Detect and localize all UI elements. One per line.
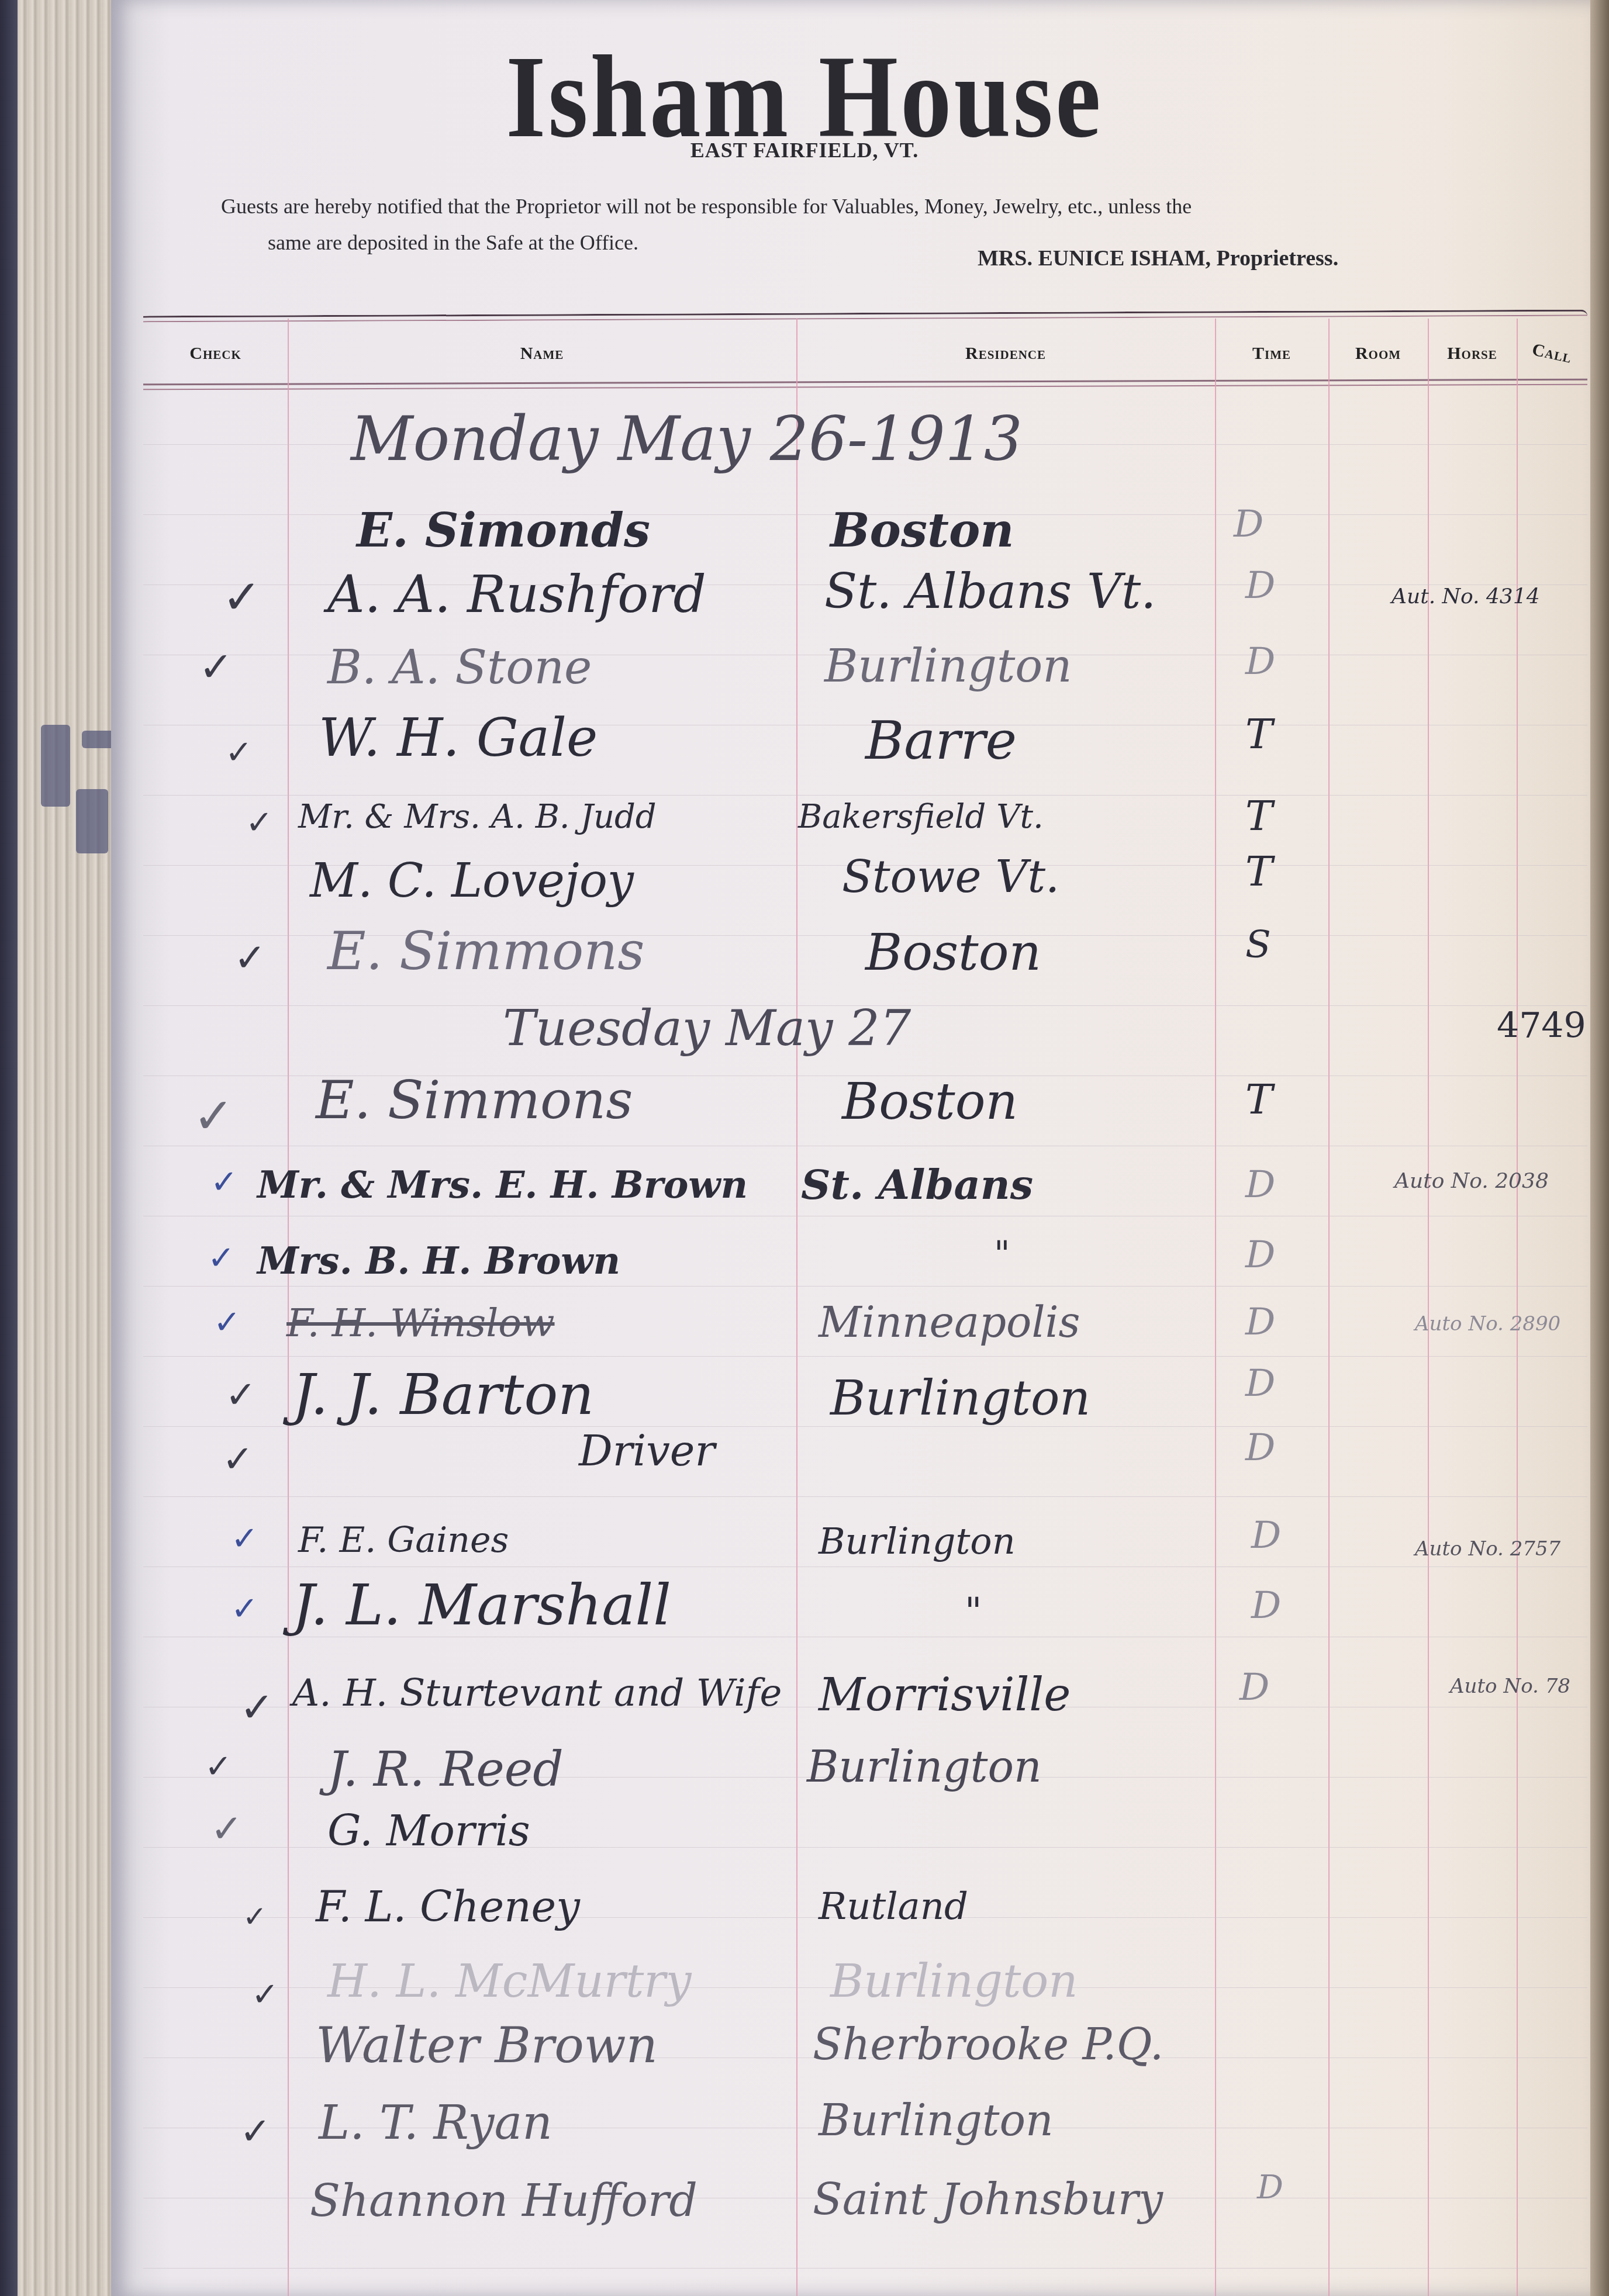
check-mark: ✓: [199, 643, 233, 691]
column-divider: [1428, 319, 1429, 2296]
guest-residence: Burlington: [819, 1520, 1016, 1562]
guest-name: L. T. Ryan: [319, 2096, 553, 2150]
guest-name: Walter Brown: [316, 2017, 658, 2074]
check-mark: ✓: [240, 2110, 271, 2153]
column-divider: [796, 319, 797, 2296]
guest-name: E. Simmons: [316, 1070, 633, 1131]
column-header-horse: Horse: [1428, 327, 1517, 380]
arrival-time: T: [1245, 792, 1273, 840]
guest-residence: Boston: [865, 924, 1041, 982]
arrival-time: D: [1234, 503, 1263, 546]
guest-name: F. L. Cheney: [316, 1882, 580, 1931]
guest-name: Mr. & Mrs. E. H. Brown: [257, 1163, 748, 1207]
arrival-time: T: [1245, 1076, 1273, 1123]
column-header-check: Check: [143, 327, 288, 380]
guest-name: J. J. Barton: [292, 1362, 594, 1427]
guest-residence: Minneapolis: [819, 1298, 1080, 1347]
auto-number: Auto No. 78: [1450, 1675, 1570, 1698]
check-mark: ✓: [213, 1303, 241, 1341]
guest-name: A. A. Rushford: [327, 564, 706, 624]
guest-residence: ": [994, 1233, 1010, 1274]
arrival-time: D: [1245, 1301, 1275, 1344]
guest-name: G. Morris: [327, 1806, 530, 1855]
auto-number: Auto No. 2038: [1394, 1169, 1549, 1193]
check-mark: ✓: [243, 1900, 267, 1934]
check-mark: ✓: [240, 1683, 274, 1731]
guest-residence: Sherbrooke P.Q.: [813, 2020, 1163, 2070]
column-divider: [1215, 319, 1216, 2296]
column-header-time: Time: [1215, 327, 1328, 380]
arrival-time: D: [1245, 1163, 1275, 1206]
check-mark: ✓: [225, 1374, 257, 1417]
arrival-time: D: [1245, 564, 1275, 607]
guest-residence: St. Albans: [801, 1160, 1033, 1209]
check-mark: ✓: [210, 1163, 238, 1201]
arrival-time: S: [1245, 924, 1271, 967]
guest-name: Mr. & Mrs. A. B. Judd: [298, 798, 657, 836]
guest-residence: Stowe Vt.: [842, 850, 1059, 903]
check-mark: ✓: [225, 734, 253, 772]
arrival-time: D: [1239, 1666, 1269, 1709]
guest-residence: Saint Johnsbury: [813, 2174, 1163, 2225]
check-mark: ✓: [231, 1590, 258, 1628]
arrival-time: D: [1245, 1362, 1275, 1405]
guest-residence: Burlington: [819, 2096, 1054, 2146]
ruled-line: [143, 1356, 1587, 1357]
guest-name: J. L. Marshall: [292, 1572, 671, 1638]
ruled-line: [143, 1286, 1587, 1287]
arrival-time: T: [1245, 710, 1273, 758]
column-header-room: Room: [1328, 327, 1428, 380]
column-header-call: Call: [1512, 320, 1592, 386]
guest-name: E. Simonds: [357, 503, 650, 558]
guest-name: Shannon Hufford: [310, 2174, 698, 2226]
guest-name: F. H. Winslow: [286, 1301, 555, 1346]
ruled-line: [143, 1146, 1587, 1146]
arrival-time: D: [1251, 1514, 1281, 1557]
arrival-time: D: [1245, 1233, 1275, 1277]
guest-name: A. H. Sturtevant and Wife: [292, 1672, 782, 1715]
page-right-edge: [1590, 0, 1609, 2296]
ruled-line: [143, 2268, 1587, 2269]
ruled-line: [143, 1216, 1587, 1216]
guest-name: F. E. Gaines: [298, 1520, 509, 1561]
check-mark: ✓: [251, 1976, 279, 2014]
date-heading-tuesday: Tuesday May 27: [503, 1000, 911, 1057]
ruled-line: [143, 1496, 1587, 1497]
guest-residence: Burlington: [824, 640, 1072, 693]
check-mark: ✓: [210, 1806, 243, 1851]
proprietress: MRS. EUNICE ISHAM, Proprietress.: [978, 245, 1338, 271]
guest-name: B. A. Stone: [327, 640, 592, 694]
check-mark: ✓: [234, 935, 266, 980]
column-header-residence: Residence: [796, 327, 1215, 380]
guest-residence: Bakersfield Vt.: [798, 798, 1044, 836]
guest-residence: Burlington: [807, 1742, 1042, 1792]
guest-residence: ": [965, 1590, 982, 1633]
guest-residence: Burlington: [830, 1955, 1078, 2008]
guest-name: J. R. Reed: [327, 1742, 564, 1797]
check-mark: ✓: [205, 1748, 232, 1786]
auto-number: Auto No. 2757: [1415, 1537, 1560, 1561]
guest-residence: Boston: [842, 1073, 1018, 1131]
guest-residence: St. Albans Vt.: [824, 564, 1156, 620]
guest-name: Driver: [579, 1426, 715, 1475]
column-header-row: Check Name Residence Time Room Horse Cal…: [143, 327, 1587, 380]
notice-line-1: Guests are hereby notified that the Prop…: [221, 188, 1519, 224]
ruled-line: [143, 1567, 1587, 1567]
arrival-time: D: [1245, 640, 1275, 683]
check-mark: ✓: [193, 1087, 234, 1144]
check-mark: ✓: [222, 1438, 254, 1481]
book-binding: [0, 0, 18, 2296]
arrival-time: D: [1257, 2169, 1283, 2207]
arrival-time: T: [1245, 848, 1273, 895]
column-divider: [1328, 319, 1330, 2296]
guest-residence: Burlington: [830, 1371, 1090, 1426]
date-heading-monday: Monday May 26-1913: [351, 403, 1023, 475]
check-mark: ✓: [246, 804, 273, 842]
auto-number: Aut. No. 4314: [1392, 585, 1540, 608]
guest-residence: Rutland: [819, 1885, 968, 1928]
page-edges: [18, 0, 123, 2296]
auto-number: 4749: [1497, 1005, 1586, 1046]
arrival-time: D: [1245, 1426, 1275, 1469]
guest-residence: Boston: [830, 503, 1014, 558]
guest-name: E. Simmons: [327, 921, 644, 982]
column-divider: [1517, 319, 1518, 2296]
guest-name: Mrs. B. H. Brown: [257, 1239, 620, 1283]
column-header-name: Name: [288, 327, 796, 380]
ruled-line: [143, 795, 1587, 796]
check-mark: ✓: [222, 570, 261, 624]
guest-residence: Barre: [865, 710, 1017, 772]
auto-number: Auto No. 2890: [1415, 1312, 1560, 1336]
guest-residence: Morrisville: [819, 1669, 1071, 1721]
check-mark: ✓: [208, 1239, 235, 1277]
guest-name: W. H. Gale: [319, 707, 598, 769]
guest-name: H. L. McMurtry: [327, 1955, 692, 2008]
arrival-time: D: [1251, 1584, 1281, 1627]
hotel-location: EAST FAIRFIELD, VT.: [0, 138, 1609, 162]
guest-name: M. C. Lovejoy: [310, 853, 634, 908]
check-mark: ✓: [231, 1520, 258, 1558]
